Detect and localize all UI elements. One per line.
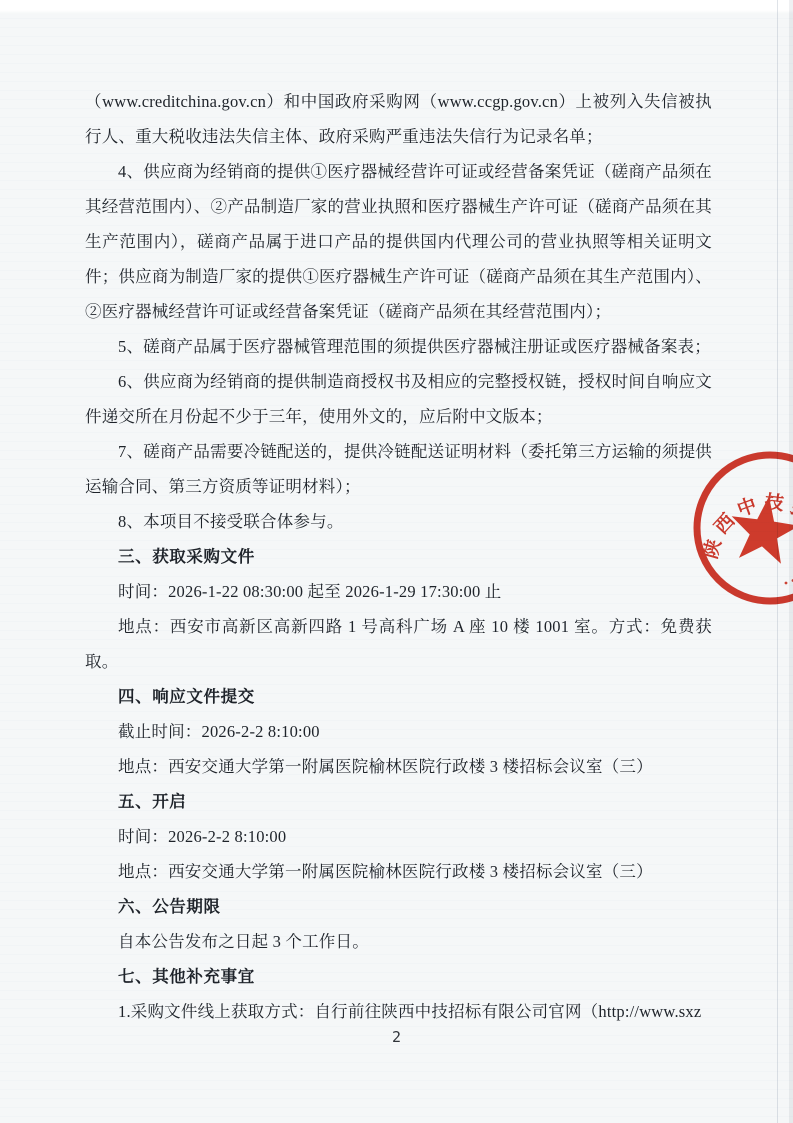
paragraph: 7、磋商产品需要冷链配送的，提供冷链配送证明材料（委托第三方运输的须提供运输合同… bbox=[85, 434, 712, 504]
section-heading: 七、其他补充事宜 bbox=[85, 959, 712, 994]
paragraph: 时间：2026-2-2 8:10:00 bbox=[85, 819, 712, 854]
paragraph: （www.creditchina.gov.cn）和中国政府采购网（www.ccg… bbox=[85, 84, 712, 154]
paragraph: 6、供应商为经销商的提供制造商授权书及相应的完整授权链，授权时间自响应文件递交所… bbox=[85, 364, 712, 434]
paragraph: 截止时间：2026-2-2 8:10:00 bbox=[85, 714, 712, 749]
paragraph: 自本公告发布之日起 3 个工作日。 bbox=[85, 924, 712, 959]
section-heading: 三、获取采购文件 bbox=[85, 539, 712, 574]
section-heading: 六、公告期限 bbox=[85, 889, 712, 924]
section-heading: 四、响应文件提交 bbox=[85, 679, 712, 714]
paragraph: 1.采购文件线上获取方式：自行前往陕西中技招标有限公司官网（http://www… bbox=[85, 994, 712, 1029]
seal-serial-marks bbox=[785, 569, 793, 585]
paragraph: 地点：西安市高新区高新四路 1 号高科广场 A 座 10 楼 1001 室。方式… bbox=[85, 609, 712, 679]
section-heading: 五、开启 bbox=[85, 784, 712, 819]
paragraph: 地点：西安交通大学第一附属医院榆林医院行政楼 3 楼招标会议室（三） bbox=[85, 749, 712, 784]
paragraph: 地点：西安交通大学第一附属医院榆林医院行政楼 3 楼招标会议室（三） bbox=[85, 854, 712, 889]
paragraph: 8、本项目不接受联合体参与。 bbox=[85, 504, 712, 539]
paragraph: 时间：2026-1-22 08:30:00 起至 2026-1-29 17:30… bbox=[85, 574, 712, 609]
paragraph: 4、供应商为经销商的提供①医疗器械经营许可证或经营备案凭证（磋商产品须在其经营范… bbox=[85, 154, 712, 329]
page-number: 2 bbox=[0, 1028, 793, 1046]
company-seal-stamp: 陕西中技招标有限公司 bbox=[690, 448, 793, 608]
document-body: （www.creditchina.gov.cn）和中国政府采购网（www.ccg… bbox=[85, 84, 712, 1029]
paragraph: 5、磋商产品属于医疗器械管理范围的须提供医疗器械注册证或医疗器械备案表； bbox=[85, 329, 712, 364]
